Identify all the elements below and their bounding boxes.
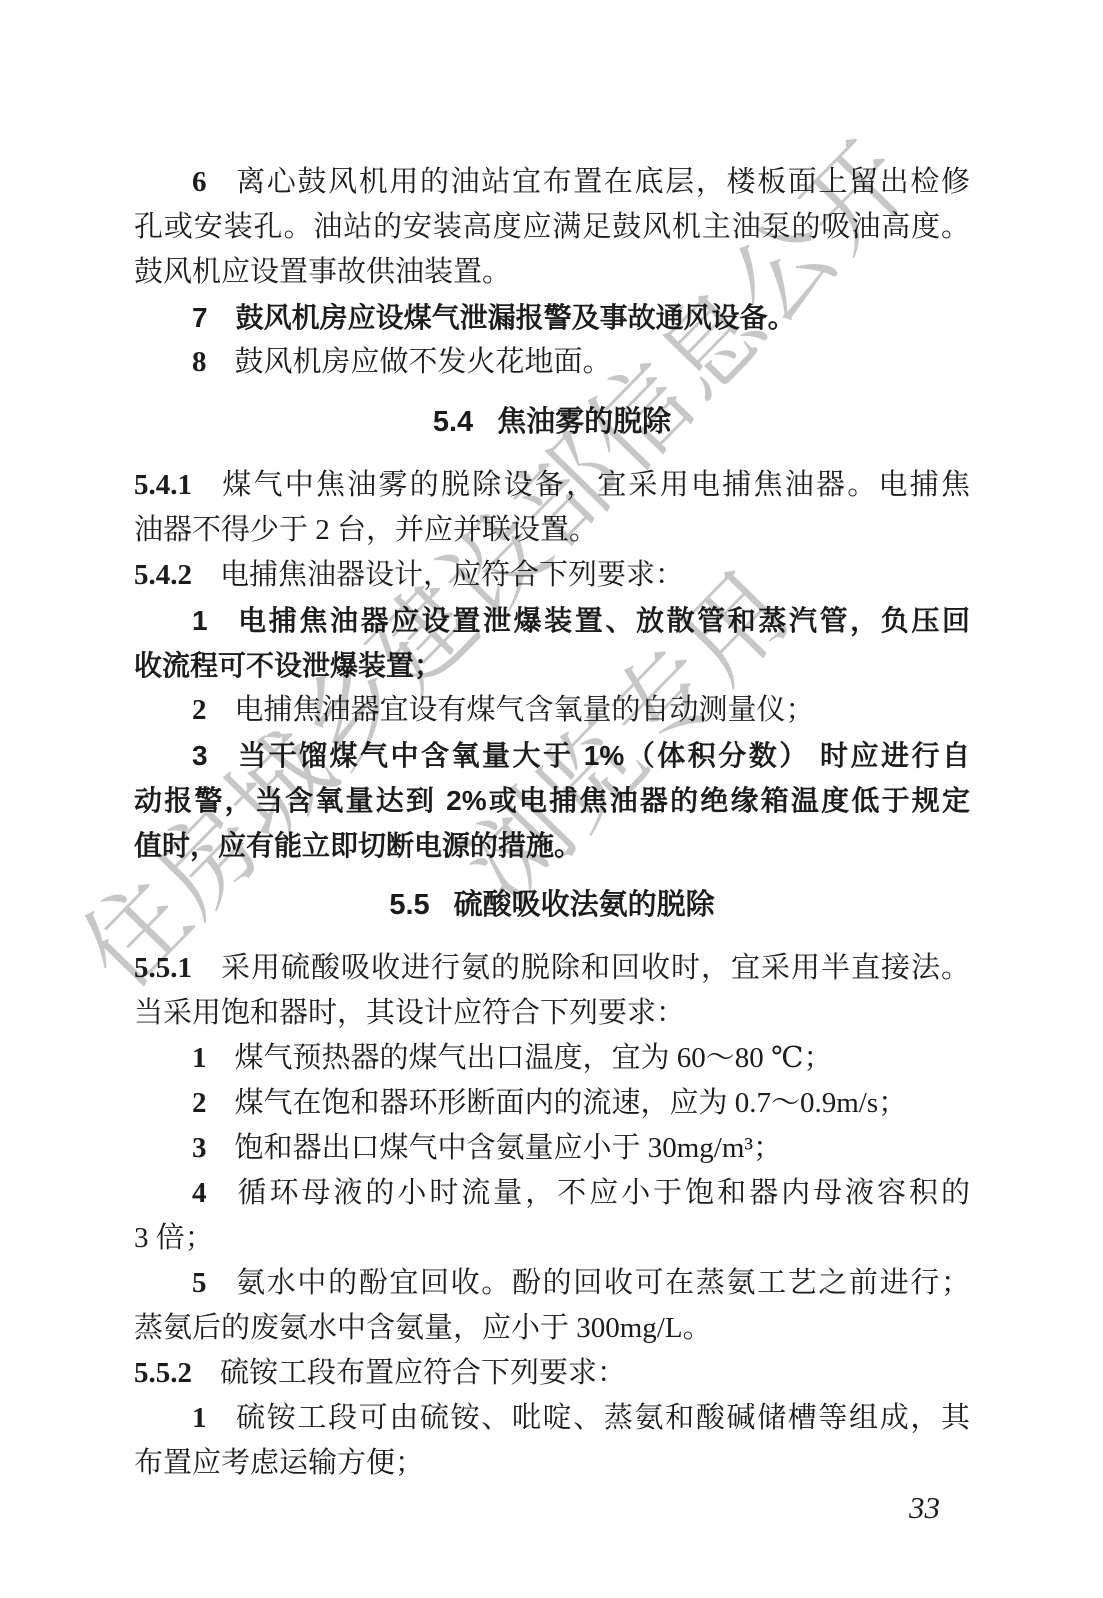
text-line: 油器不得少于 2 台，并应并联设置。 <box>134 508 970 553</box>
line-text: 3 倍； <box>134 1222 214 1254</box>
line-text: 收流程可不设泄爆装置； <box>134 650 442 681</box>
text-line: 动报警，当含氧量达到 2%或电捕焦油器的绝缘箱温度低于规定 <box>134 778 970 823</box>
section-title: 硫酸吸收法氨的脱除 <box>454 889 715 921</box>
clause-number: 5.5.2 <box>134 1357 192 1389</box>
text-line: 3 倍； <box>134 1216 970 1261</box>
text-line: 8鼓风机房应做不发火花地面。 <box>134 340 970 385</box>
clause-number: 4 <box>192 1177 207 1209</box>
line-text: 值时，应有能立即切断电源的措施。 <box>134 830 582 861</box>
line-text: 蒸氨后的废氨水中含氨量，应小于 300mg/L。 <box>134 1312 712 1344</box>
text-line: 1硫铵工段可由硫铵、吡啶、蒸氨和酸碱储槽等组成，其 <box>134 1396 970 1441</box>
clause-number: 5.4.1 <box>134 469 192 501</box>
line-text: 油器不得少于 2 台，并应并联设置。 <box>134 514 598 546</box>
line-text: 煤气预热器的煤气出口温度，宜为 60～80 ℃； <box>235 1042 833 1074</box>
line-text: 当采用饱和器时，其设计应符合下列要求： <box>134 997 685 1029</box>
clause-number: 1 <box>192 605 208 636</box>
clause-number: 8 <box>192 346 207 378</box>
text-line: 蒸氨后的废氨水中含氨量，应小于 300mg/L。 <box>134 1306 970 1351</box>
text-line: 鼓风机应设置事故供油装置。 <box>134 250 970 295</box>
clause-number: 3 <box>192 740 208 771</box>
clause-number: 5.5.1 <box>134 952 192 984</box>
line-text: 动报警，当含氧量达到 2%或电捕焦油器的绝缘箱温度低于规定 <box>134 785 970 816</box>
section-heading: 5.5硫酸吸收法氨的脱除 <box>134 883 970 928</box>
text-line: 6离心鼓风机用的油站宜布置在底层，楼板面上留出检修 <box>134 160 970 205</box>
line-text: 布置应考虑运输方便； <box>134 1447 424 1479</box>
line-text: 电捕焦油器宜设有煤气含氧量的自动测量仪； <box>235 694 815 726</box>
line-text: 当干馏煤气中含氧量大于 1%（体积分数） 时应进行自 <box>236 740 970 771</box>
document-page: 6离心鼓风机用的油站宜布置在底层，楼板面上留出检修孔或安装孔。油站的安装高度应满… <box>0 0 1103 1598</box>
line-text: 孔或安装孔。油站的安装高度应满足鼓风机主油泵的吸油高度。 <box>134 211 970 243</box>
page-number: 33 <box>909 1488 940 1528</box>
clause-number: 7 <box>192 302 208 333</box>
line-text: 离心鼓风机用的油站宜布置在底层，楼板面上留出检修 <box>235 166 971 198</box>
text-line: 值时，应有能立即切断电源的措施。 <box>134 823 970 868</box>
text-line: 7鼓风机房应设煤气泄漏报警及事故通风设备。 <box>134 295 970 340</box>
clause-number: 2 <box>192 694 207 726</box>
line-text: 鼓风机房应做不发火花地面。 <box>235 346 612 378</box>
section-title: 焦油雾的脱除 <box>497 406 671 438</box>
clause-number: 6 <box>192 166 207 198</box>
clause-number: 5 <box>192 1267 207 1299</box>
text-line: 5氨水中的酚宜回收。酚的回收可在蒸氨工艺之前进行； <box>134 1261 970 1306</box>
clause-number: 3 <box>192 1132 207 1164</box>
text-line: 1电捕焦油器应设置泄爆装置、放散管和蒸汽管，负压回 <box>134 598 970 643</box>
line-text: 鼓风机房应设煤气泄漏报警及事故通风设备。 <box>236 302 796 333</box>
text-line: 3饱和器出口煤气中含氨量应小于 30mg/m³； <box>134 1126 970 1171</box>
text-line: 收流程可不设泄爆装置； <box>134 643 970 688</box>
text-line: 5.4.2电捕焦油器设计，应符合下列要求： <box>134 553 970 598</box>
line-text: 煤气中焦油雾的脱除设备，宜采用电捕焦油器。电捕焦 <box>220 469 970 501</box>
text-line: 布置应考虑运输方便； <box>134 1441 970 1486</box>
clause-number: 1 <box>192 1042 207 1074</box>
text-line: 4循环母液的小时流量，不应小于饱和器内母液容积的 <box>134 1171 970 1216</box>
text-line: 3当干馏煤气中含氧量大于 1%（体积分数） 时应进行自 <box>134 733 970 778</box>
line-text: 氨水中的酚宜回收。酚的回收可在蒸氨工艺之前进行； <box>235 1267 971 1299</box>
clause-number: 1 <box>192 1402 207 1434</box>
line-text: 电捕焦油器设计，应符合下列要求： <box>220 559 684 591</box>
line-text: 电捕焦油器应设置泄爆装置、放散管和蒸汽管，负压回 <box>236 605 970 636</box>
clause-number: 5.4.2 <box>134 559 192 591</box>
line-text: 采用硫酸吸收进行氨的脱除和回收时，宜采用半直接法。 <box>220 952 970 984</box>
text-line: 2煤气在饱和器环形断面内的流速，应为 0.7～0.9m/s； <box>134 1081 970 1126</box>
clause-number: 2 <box>192 1087 207 1119</box>
text-line: 5.5.2硫铵工段布置应符合下列要求： <box>134 1351 970 1396</box>
line-text: 循环母液的小时流量，不应小于饱和器内母液容积的 <box>235 1177 971 1209</box>
text-line: 2电捕焦油器宜设有煤气含氧量的自动测量仪； <box>134 688 970 733</box>
text-line: 孔或安装孔。油站的安装高度应满足鼓风机主油泵的吸油高度。 <box>134 205 970 250</box>
text-line: 5.4.1煤气中焦油雾的脱除设备，宜采用电捕焦油器。电捕焦 <box>134 463 970 508</box>
text-line: 5.5.1采用硫酸吸收进行氨的脱除和回收时，宜采用半直接法。 <box>134 946 970 991</box>
section-number: 5.5 <box>389 889 429 921</box>
document-content: 6离心鼓风机用的油站宜布置在底层，楼板面上留出检修孔或安装孔。油站的安装高度应满… <box>134 160 970 1486</box>
line-text: 硫铵工段可由硫铵、吡啶、蒸氨和酸碱储槽等组成，其 <box>235 1402 971 1434</box>
section-number: 5.4 <box>433 406 473 438</box>
line-text: 硫铵工段布置应符合下列要求： <box>220 1357 626 1389</box>
text-line: 当采用饱和器时，其设计应符合下列要求： <box>134 991 970 1036</box>
section-heading: 5.4焦油雾的脱除 <box>134 400 970 445</box>
line-text: 饱和器出口煤气中含氨量应小于 30mg/m³； <box>235 1132 783 1164</box>
line-text: 煤气在饱和器环形断面内的流速，应为 0.7～0.9m/s； <box>235 1087 908 1119</box>
text-line: 1煤气预热器的煤气出口温度，宜为 60～80 ℃； <box>134 1036 970 1081</box>
line-text: 鼓风机应设置事故供油装置。 <box>134 256 511 288</box>
